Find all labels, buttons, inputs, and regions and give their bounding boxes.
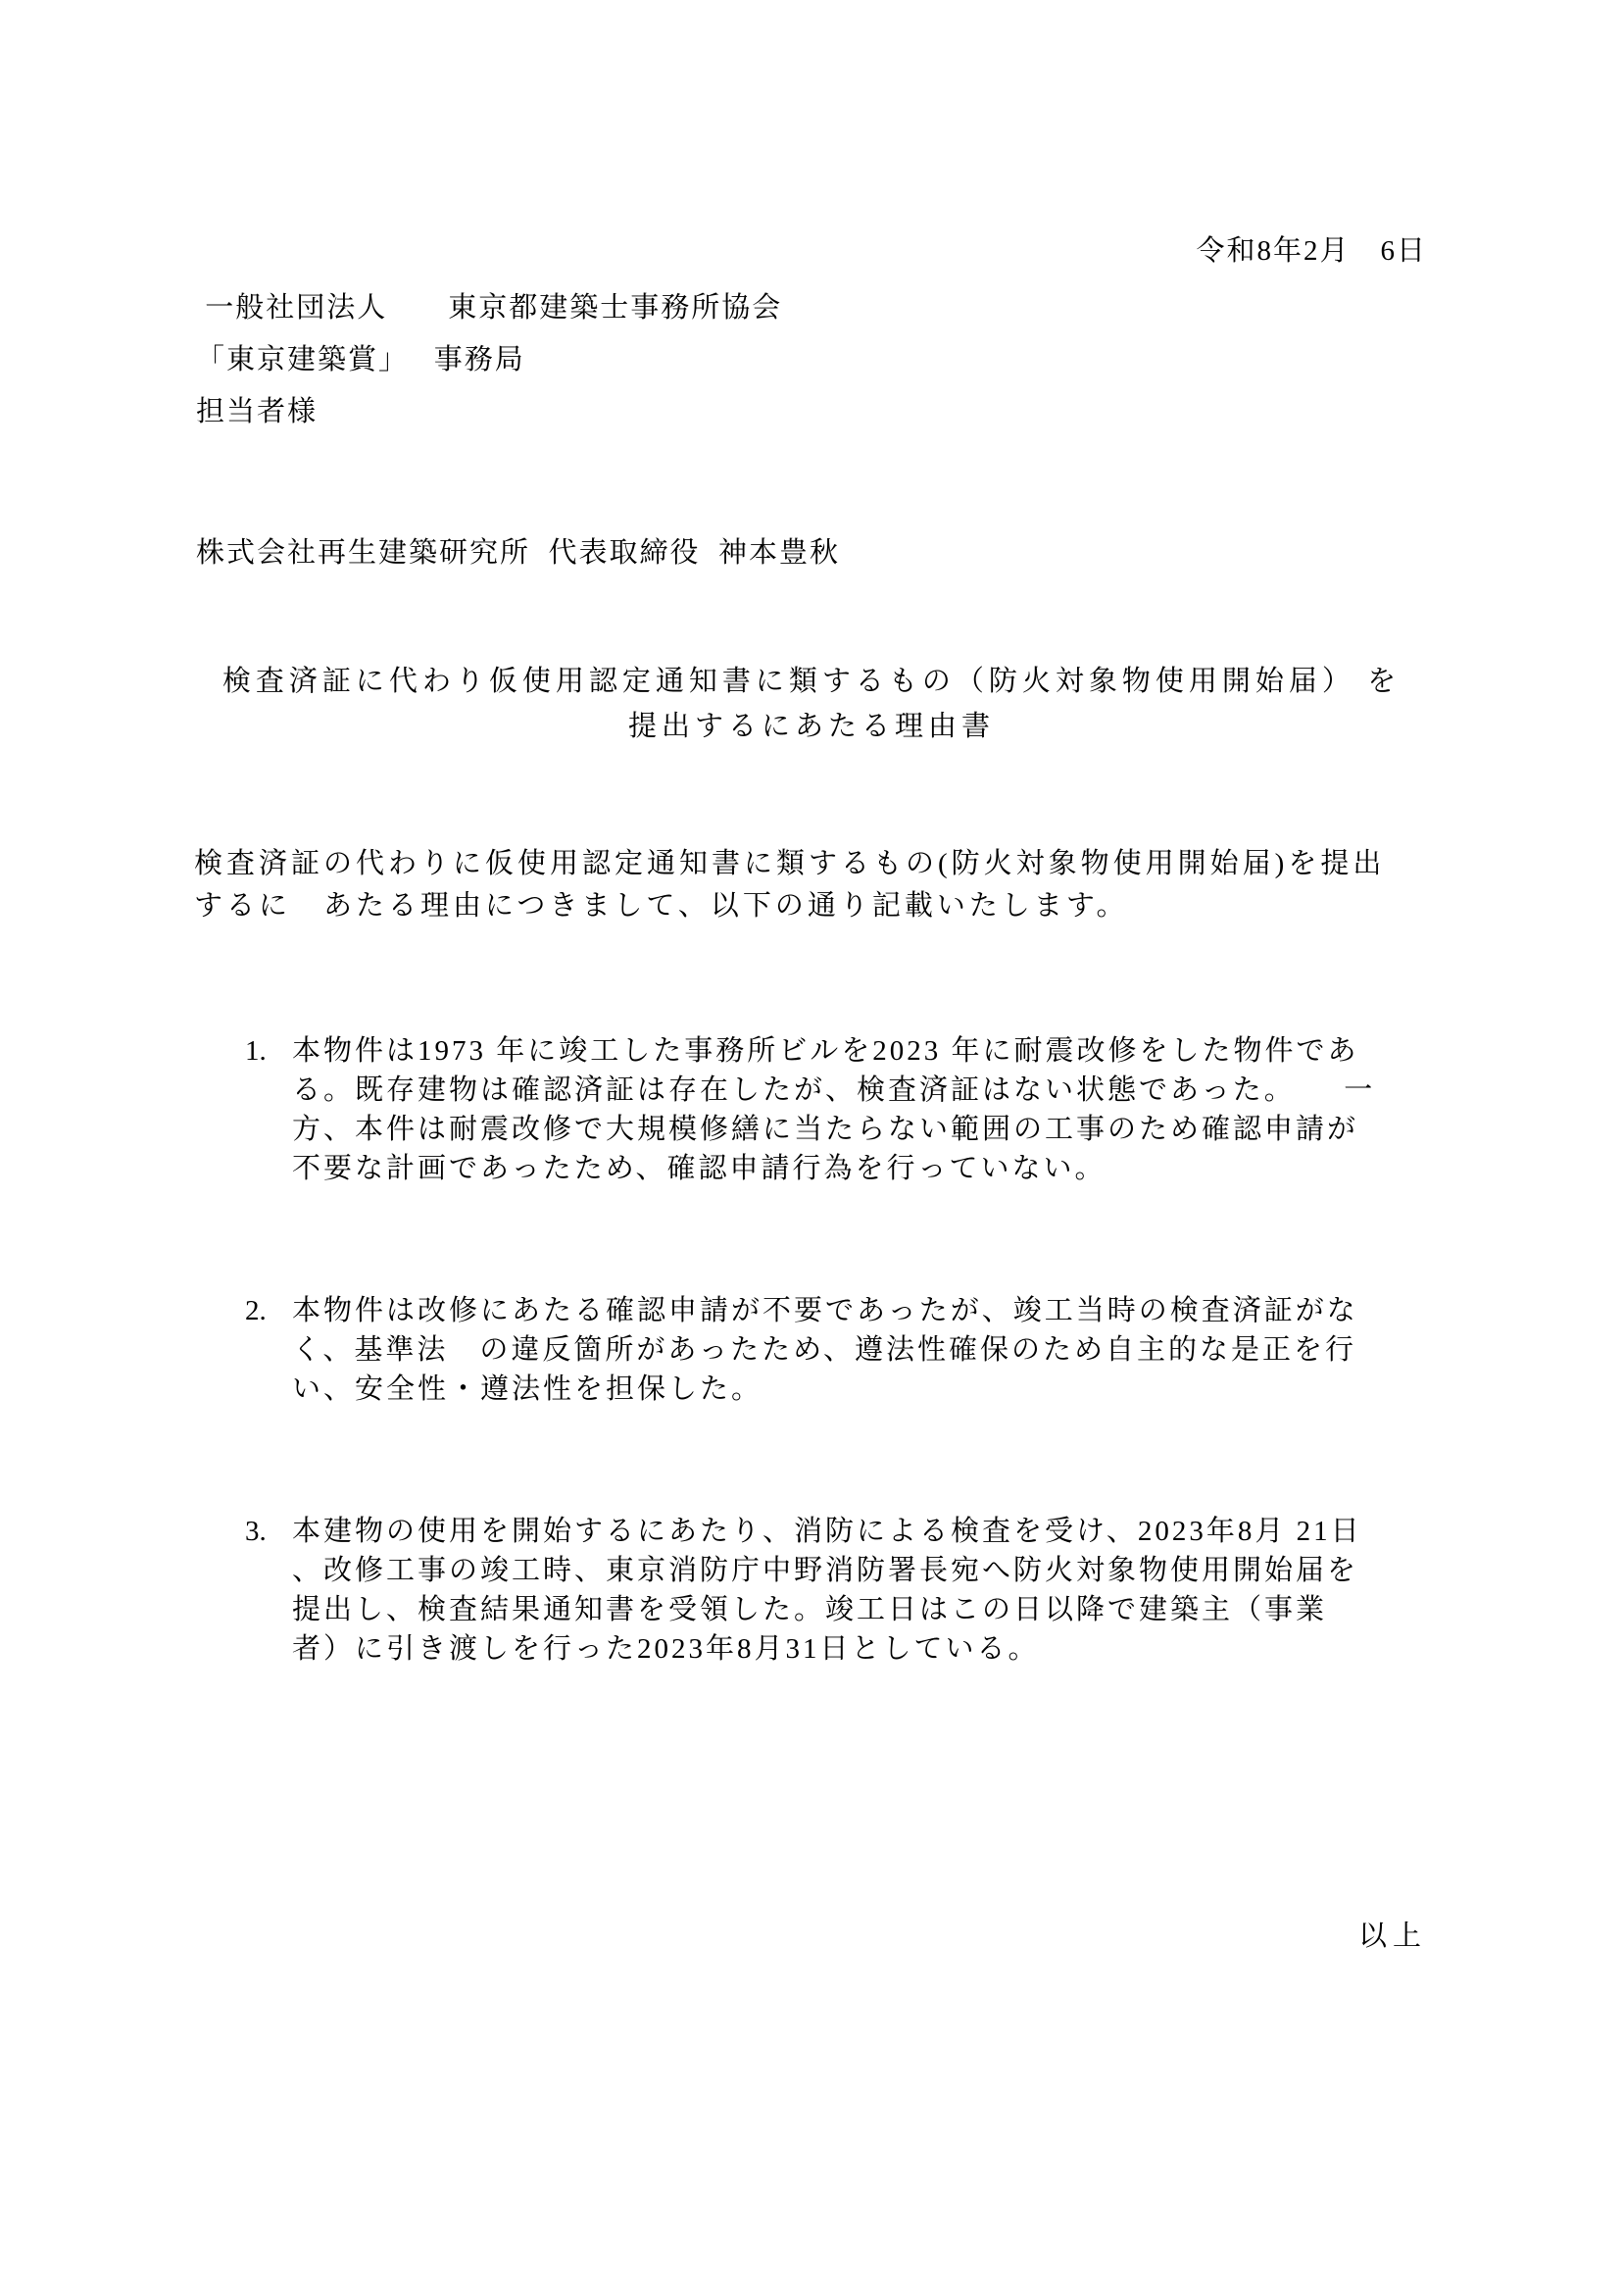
sender-line: 株式会社再生建築研究所 代表取締役 神本豊秋 [196,530,840,571]
title-line-2: 提出するにあたる理由書 [0,704,1623,749]
recipient-block: 一般社団法人 東京都建築士事務所協会 「東京建築賞」 事務局 担当者様 [196,282,782,438]
list-item-3-line-3: 提出し、検査結果通知書を受領した。竣工日はこの日以降で建築主（事業 [292,1590,1362,1629]
closing-mark: 以上 [1358,1914,1427,1954]
list-item-2-line-2: く、基準法 の違反箇所があったため、遵法性確保のため自主的な是正を行 [292,1330,1358,1370]
list-item-3-line-1: 本建物の使用を開始するにあたり、消防による検査を受け、2023年8月 21日 [292,1512,1362,1551]
recipient-organization: 一般社団法人 東京都建築士事務所協会 [196,282,782,334]
title-line-1: 検査済証に代わり仮使用認定通知書に類するもの（防火対象物使用開始届） を [0,659,1623,704]
list-item-2-text: 本物件は改修にあたる確認申請が不要であったが、竣工当時の検査済証がな く、基準法… [292,1291,1358,1409]
list-item-1-line-2: る。既存建物は確認済証は存在したが、検査済証はない状態であった。 一 [292,1071,1375,1110]
list-item-3-line-4: 者）に引き渡しを行った2023年8月31日としている。 [292,1629,1362,1669]
list-item-2-line-3: い、安全性・遵法性を担保した。 [292,1370,1358,1409]
list-item-2-line-1: 本物件は改修にあたる確認申請が不要であったが、竣工当時の検査済証がな [292,1291,1358,1330]
list-item-1-number: 1. [245,1031,292,1071]
list-item-2: 2. 本物件は改修にあたる確認申請が不要であったが、竣工当時の検査済証がな く、… [245,1291,1358,1409]
list-item-3-number: 3. [245,1512,292,1551]
intro-line-1: 検査済証の代わりに仮使用認定通知書に類するもの(防火対象物使用開始届)を提出 [194,843,1385,885]
document-title: 検査済証に代わり仮使用認定通知書に類するもの（防火対象物使用開始届） を 提出す… [0,659,1623,749]
list-item-2-number: 2. [245,1291,292,1330]
list-item-1-text: 本物件は1973 年に竣工した事務所ビルを2023 年に耐震改修をした物件であ … [292,1031,1375,1188]
recipient-person: 担当者様 [196,386,782,438]
recipient-office: 「東京建築賞」 事務局 [196,334,782,386]
document-page: 令和8年2月 6日 一般社団法人 東京都建築士事務所協会 「東京建築賞」 事務局… [0,0,1623,2296]
intro-paragraph: 検査済証の代わりに仮使用認定通知書に類するもの(防火対象物使用開始届)を提出 す… [194,843,1385,927]
intro-line-2: するに あたる理由につきまして、以下の通り記載いたします。 [194,885,1385,927]
list-item-1-line-3: 方、本件は耐震改修で大規模修繕に当たらない範囲の工事のため確認申請が [292,1110,1375,1149]
list-item-1: 1. 本物件は1973 年に竣工した事務所ビルを2023 年に耐震改修をした物件… [245,1031,1375,1188]
list-item-3-text: 本建物の使用を開始するにあたり、消防による検査を受け、2023年8月 21日 、… [292,1512,1362,1669]
list-item-1-line-1: 本物件は1973 年に竣工した事務所ビルを2023 年に耐震改修をした物件であ [292,1031,1375,1071]
document-date: 令和8年2月 6日 [1196,228,1427,269]
list-item-1-line-4: 不要な計画であったため、確認申請行為を行っていない。 [292,1149,1375,1188]
list-item-3-line-2: 、改修工事の竣工時、東京消防庁中野消防署長宛へ防火対象物使用開始届を [292,1551,1362,1590]
list-item-3: 3. 本建物の使用を開始するにあたり、消防による検査を受け、2023年8月 21… [245,1512,1362,1669]
